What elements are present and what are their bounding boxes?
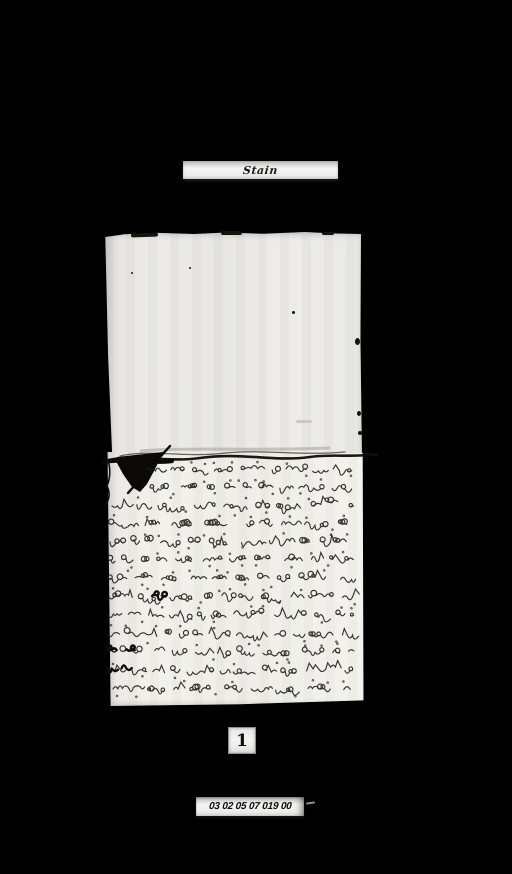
- faint-smudge: [296, 420, 312, 423]
- ink-speck: [131, 272, 133, 274]
- reference-strip: 03 02 05 07 019 00: [196, 797, 304, 816]
- page-number: 1: [236, 731, 248, 751]
- scratch-mark: [306, 801, 315, 804]
- ink-speck: [292, 311, 295, 314]
- written-lower-sheet: [106, 452, 364, 706]
- reference-number: 03 02 05 07 019 00: [208, 801, 291, 812]
- page-number-card: 1: [228, 727, 256, 754]
- edge-smudge: [221, 231, 242, 235]
- ink-speck: [358, 431, 362, 435]
- ink-speck: [357, 411, 361, 416]
- ink-speck: [355, 338, 360, 345]
- blank-upper-sheet: [104, 232, 362, 458]
- ink-speck: [189, 267, 191, 269]
- condition-label-text: Stain: [242, 164, 278, 177]
- film-background: Stain 1 03 02 05 07 019 00: [0, 0, 512, 874]
- edge-smudge: [322, 232, 334, 235]
- condition-label: Stain: [183, 161, 338, 179]
